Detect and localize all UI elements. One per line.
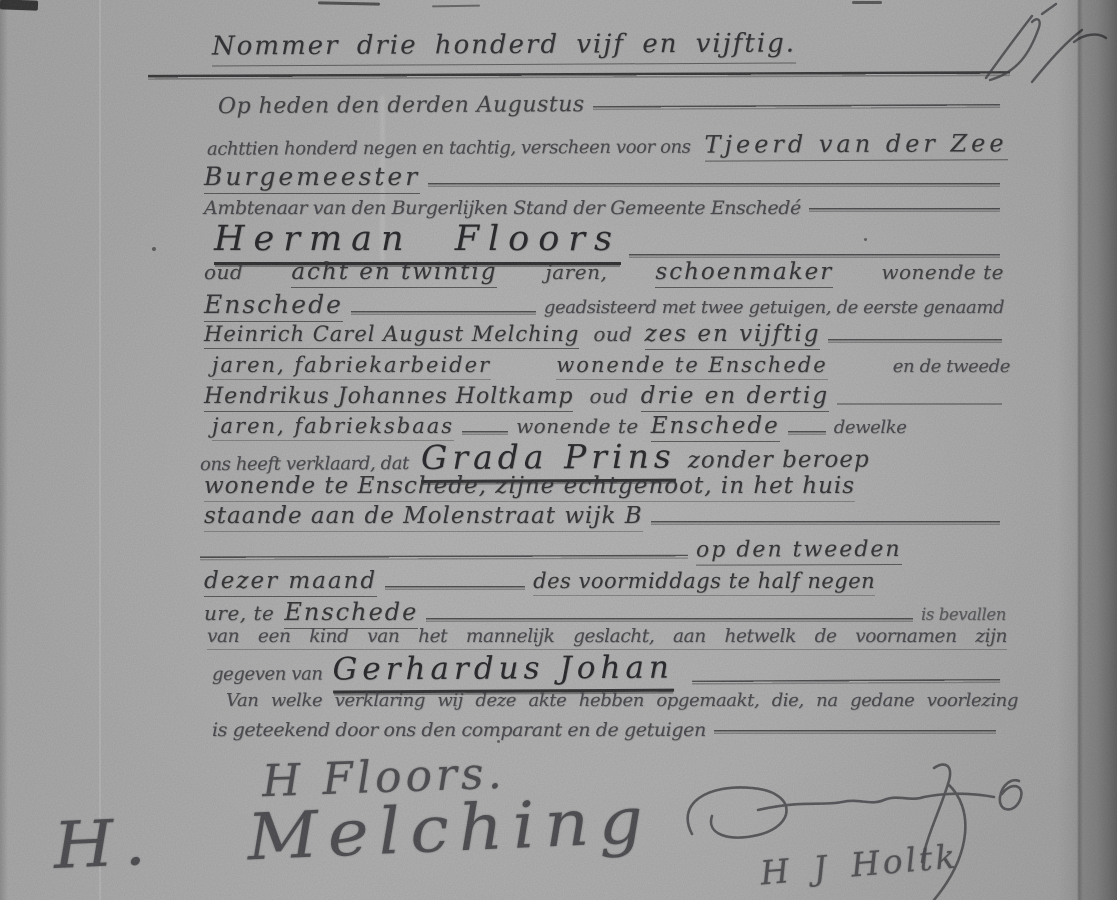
line-residence-witnesses: Enschede geadsisteerd met twee getuigen,… xyxy=(204,290,1010,322)
line-year-official: achttien honderd negen en tachtig, versc… xyxy=(207,129,1008,163)
official-title: Burgemeester xyxy=(204,162,420,194)
date-formula: Op heden den derden Augustus xyxy=(218,92,585,119)
heavy-ruled-line xyxy=(148,71,1010,80)
closing-formula-2: is geteekend door ons den comparant en d… xyxy=(212,719,706,741)
closing-formula-1: Van welke verklaring wij deze akte hebbe… xyxy=(226,690,1018,711)
birth-day: op den tweeden xyxy=(696,537,902,566)
witness1-residence: wonende te Enschede xyxy=(556,353,827,380)
scanned-birth-record-page: Nommer drie honderd vijf en vijftig. Op … xyxy=(0,0,1117,900)
dash-rule xyxy=(828,339,1002,343)
dash-rule xyxy=(385,586,525,590)
witness2-name: Hendrikus Johannes Holtkamp xyxy=(204,384,573,412)
edge-ink-mark xyxy=(852,1,882,4)
birth-time: des voormiddags te half negen xyxy=(533,569,875,596)
witness1-signature: H. Melching xyxy=(52,784,654,884)
formula-tweede: en de tweede xyxy=(893,356,1010,377)
line-witness1: Heinrich Carel August Melching oud zes e… xyxy=(204,321,1010,350)
edge-ink-mark xyxy=(318,1,380,5)
line-child-name: gegeven van Gerhardus Johan xyxy=(212,648,1008,694)
formula-oud: oud xyxy=(589,384,628,408)
birth-place: Enschede xyxy=(284,598,418,629)
dash-rule xyxy=(809,208,1000,212)
formula-jaren: jaren, xyxy=(546,260,608,284)
declarant-residence: Enschede xyxy=(204,290,343,322)
witness2-age: drie en dertig xyxy=(641,383,829,412)
witness1-occupation: jaren, fabriekarbeider xyxy=(212,353,491,380)
declarant-age: acht en twintig xyxy=(291,259,497,288)
mother-occupation: zonder beroep xyxy=(688,447,870,474)
formula-wonende: wonende te xyxy=(516,414,639,438)
year-formula: achttien honderd negen en tachtig, versc… xyxy=(207,137,691,160)
line-date: Op heden den derden Augustus xyxy=(218,90,1008,119)
declaration-formula: ons heeft verklaard, dat xyxy=(200,453,409,475)
declarant-occupation: schoenmaker xyxy=(655,259,833,288)
dash-rule xyxy=(714,730,996,734)
witness1-age: zes en vijftig xyxy=(645,321,821,350)
dezer-maand: dezer maand xyxy=(204,568,377,597)
dash-rule xyxy=(651,521,1000,525)
line-closing-1: Van welke verklaring wij deze akte hebbe… xyxy=(226,690,1018,711)
dash-rule xyxy=(593,104,1000,110)
dash-rule xyxy=(200,555,688,561)
dash-rule xyxy=(629,254,1000,258)
formula-ure: ure, te xyxy=(204,601,274,625)
line-birth-day: op den tweeden xyxy=(200,537,1008,568)
line-act-number: Nommer drie honderd vijf en vijftig. xyxy=(212,28,796,66)
formula-wonende: wonende te xyxy=(881,260,1004,284)
act-number-title: Nommer drie honderd vijf en vijftig. xyxy=(212,28,796,66)
witness2-occupation: jaren, fabrieksbaas xyxy=(212,414,454,441)
dash-rule xyxy=(837,403,1002,405)
dash-rule xyxy=(788,431,826,435)
line-house: staande aan de Molenstraat wijk B xyxy=(204,503,1008,532)
formula-oud: oud xyxy=(593,322,632,346)
witness1-name: Heinrich Carel August Melching xyxy=(204,322,579,349)
line-birth-place: ure, te Enschede is bevallen xyxy=(204,598,1006,629)
edge-ink-mark xyxy=(432,5,480,8)
dash-rule xyxy=(426,618,913,622)
house-address: staande aan de Molenstraat wijk B xyxy=(204,503,643,532)
formula-bevallen: is bevallen xyxy=(921,605,1006,624)
child-sex-formula: van een kind van het mannelijk geslacht,… xyxy=(207,626,1007,650)
line-child-sex: van een kind van het mannelijk geslacht,… xyxy=(207,626,1007,650)
left-page-edge-shadow xyxy=(0,0,8,900)
witnesses-formula: geadsisteerd met twee getuigen, de eerst… xyxy=(544,297,1004,318)
ink-speck xyxy=(152,247,156,251)
right-page-edge xyxy=(1057,0,1117,900)
line-mother-residence: wonende te Enschede, zijne echtgenoot, i… xyxy=(204,473,855,502)
dash-rule xyxy=(428,183,1000,187)
official-name: Tjeerd van der Zee xyxy=(704,129,1008,161)
dash-rule xyxy=(462,431,508,435)
mother-residence-text: wonende te Enschede, zijne echtgenoot, i… xyxy=(204,473,855,502)
line-declarant-details: oud acht en twintig jaren, schoenmaker w… xyxy=(204,259,1004,288)
line-official-title: Burgemeester xyxy=(204,162,1008,194)
registrar-signature-flourish xyxy=(672,742,1032,900)
child-name: Gerhardus Johan xyxy=(332,650,673,694)
dash-rule xyxy=(351,311,536,315)
ambtenaar-formula: Ambtenaar van den Burgerlijken Stand der… xyxy=(204,197,801,219)
formula-oud: oud xyxy=(204,260,243,284)
line-witness1-details: jaren, fabriekarbeider wonende te Ensche… xyxy=(212,353,1010,380)
formula-gegeven: gegeven van xyxy=(212,664,323,686)
paper-fold-line xyxy=(99,0,101,900)
edge-ink-mark xyxy=(0,0,38,11)
line-ambtenaar: Ambtenaar van den Burgerlijken Stand der… xyxy=(204,197,1008,219)
dash-rule xyxy=(692,679,1000,685)
line-birth-time: dezer maand des voormiddags te half nege… xyxy=(204,568,1004,597)
line-closing-2: is geteekend door ons den comparant en d… xyxy=(212,719,1004,741)
line-witness2: Hendrikus Johannes Holtkamp oud drie en … xyxy=(204,383,1010,412)
